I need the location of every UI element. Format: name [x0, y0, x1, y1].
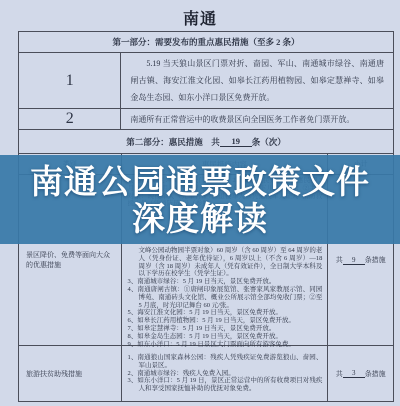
measure-text: 5.19 当天狼山景区门票对折、啬园、军山、南通城市绿谷、南通唐闸古镇、海安江淮…	[120, 53, 393, 108]
measure-lines: 1、南通狼山国家森林公园：残疾人凭残疾证免费游览狼山、啬园、军山景区。2、南通城…	[128, 354, 323, 393]
page-title: 南通	[0, 0, 400, 30]
part2-header-suffix: 条（次）	[252, 136, 286, 148]
measure-line: 4、南通唐闸古镇：①唐闸印象展览馆、张謇家风家教展示馆、同园博苑、南通砖头文化馆…	[128, 286, 323, 309]
subtotal-cell: 共3条措施	[327, 346, 393, 401]
part2-header: 第二部分：惠民措施 共19条（次）	[19, 129, 393, 153]
subtotal-suffix: 条措施	[365, 255, 386, 265]
table-row: 旅游扶贫助残措施 1、南通狼山国家森林公园：残疾人凭残疾证免费游览狼山、啬园、军…	[19, 345, 393, 401]
measure-line: 3、如东小洋口：5 月 19 日，景区正常运营中的所有收费项目对残疾人和享受国家…	[128, 377, 323, 393]
category-cell: 旅游扶贫助残措施	[19, 346, 121, 401]
table-row: 2 南通所有正常营运中的收费景区向全国医务工作者免门票开放。	[19, 108, 393, 129]
caption-line-1: 南通公园通票政策文件	[30, 163, 370, 200]
measure-line: 8、如皋金岛生态园：5 月 19 日当天，景区免费开放。	[128, 333, 323, 341]
row-number: 2	[19, 109, 120, 129]
measure-line: 3、南通城市绿谷：5 月 19 日当天，景区免费开放。	[128, 278, 323, 286]
subtotal-value: 9	[343, 256, 365, 265]
measure-line: 7、如皋定慧禅寺：5 月 19 日当天，景区免费开放。	[128, 325, 323, 333]
caption-line-2: 深度解读	[132, 200, 268, 237]
measure-line: 5、海安江淮文化园：5 月 19 日当天，景区免费开放。	[128, 309, 323, 317]
row-number: 1	[19, 53, 120, 108]
measure-line: 6、如皋长江药用植物园：5 月 19 日当天，景区免费开放。	[128, 317, 323, 325]
measure-lines: 文峰公园动物园半票对象）60 周岁（含 60 周岁）至 64 周岁的老人（凭身份…	[128, 247, 323, 348]
subtotal-suffix: 条措施	[365, 369, 386, 379]
caption-banner-overlay: 南通公园通票政策文件 深度解读	[0, 155, 400, 244]
subtotal-prefix: 共	[336, 255, 343, 265]
part2-header-prefix: 第二部分：惠民措施 共	[126, 136, 220, 148]
table-row: 1 5.19 当天狼山景区门票对折、啬园、军山、南通城市绿谷、南通唐闸古镇、海安…	[19, 52, 393, 108]
measures-cell: 1、南通狼山国家森林公园：残疾人凭残疾证免费游览狼山、啬园、军山景区。2、南通城…	[121, 346, 328, 401]
part1-header: 第一部分：需要发布的重点惠民措施（至多 2 条）	[19, 32, 393, 52]
measure-text: 南通所有正常营运中的收费景区向全国医务工作者免门票开放。	[120, 109, 393, 129]
part2-count: 19	[220, 136, 252, 147]
measure-line: 1、南通狼山国家森林公园：残疾人凭残疾证免费游览狼山、啬园、军山景区。	[128, 354, 323, 370]
measure-line: 文峰公园动物园半票对象）60 周岁（含 60 周岁）至 64 周岁的老人（凭身份…	[128, 247, 323, 278]
subtotal-value: 3	[343, 369, 365, 378]
subtotal-prefix: 共	[336, 369, 343, 379]
